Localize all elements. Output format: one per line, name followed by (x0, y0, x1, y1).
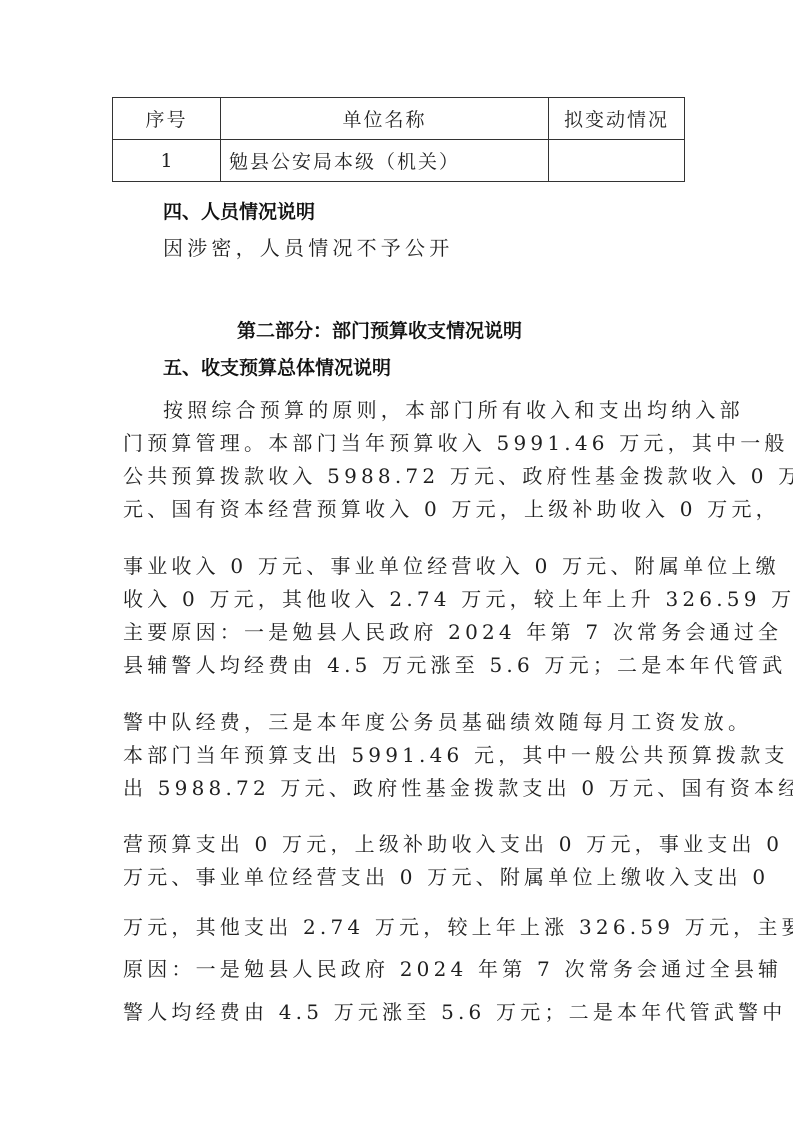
section4-heading: 四、人员情况说明 (163, 197, 315, 224)
paragraph-line: 事业收入 0 万元、事业单位经营收入 0 万元、附属单位上缴 (123, 550, 683, 579)
header-serial-no: 序号 (113, 98, 221, 140)
paragraph-line: 县辅警人均经费由 4.5 万元涨至 5.6 万元；二是本年代管武 (123, 649, 683, 678)
part2-title: 第二部分：部门预算收支情况说明 (237, 316, 522, 343)
paragraph-line: 营预算支出 0 万元，上级补助收入支出 0 万元，事业支出 0 (123, 828, 683, 857)
header-unit-name: 单位名称 (221, 98, 549, 140)
paragraph-line: 出 5988.72 万元、政府性基金拨款支出 0 万元、国有资本经 (123, 772, 683, 801)
paragraph-line: 元、国有资本经营预算收入 0 万元，上级补助收入 0 万元， (123, 493, 683, 522)
paragraph-line: 万元、事业单位经营支出 0 万元、附属单位上缴收入支出 0 (123, 861, 683, 890)
table-header-row: 序号 单位名称 拟变动情况 (113, 98, 685, 140)
header-planned-change: 拟变动情况 (549, 98, 685, 140)
unit-change-table: 序号 单位名称 拟变动情况 1 勉县公安局本级（机关） (112, 97, 685, 182)
paragraph-line: 按照综合预算的原则，本部门所有收入和支出均纳入部 (163, 394, 723, 423)
paragraph-line: 警中队经费，三是本年度公务员基础绩效随每月工资发放。 (123, 706, 683, 735)
section4-body: 因涉密，人员情况不予公开 (163, 232, 723, 261)
paragraph-line: 主要原因：一是勉县人民政府 2024 年第 7 次常务会通过全 (123, 616, 683, 645)
paragraph-line: 本部门当年预算支出 5991.46 元，其中一般公共预算拨款支 (123, 739, 683, 768)
document-page: 序号 单位名称 拟变动情况 1 勉县公安局本级（机关） 四、人员情况说明 因涉密… (0, 0, 793, 1122)
paragraph-line: 警人均经费由 4.5 万元涨至 5.6 万元；二是本年代管武警中 (123, 996, 683, 1025)
cell-unit-name: 勉县公安局本级（机关） (221, 140, 549, 182)
paragraph-line: 公共预算拨款收入 5988.72 万元、政府性基金拨款收入 0 万 (123, 460, 683, 489)
paragraph-line: 原因：一是勉县人民政府 2024 年第 7 次常务会通过全县辅 (123, 953, 683, 982)
cell-planned-change (549, 140, 685, 182)
paragraph-line: 收入 0 万元，其他收入 2.74 万元，较上年上升 326.59 万元， (123, 583, 683, 612)
table-row: 1 勉县公安局本级（机关） (113, 140, 685, 182)
cell-serial-no: 1 (113, 140, 221, 182)
paragraph-line: 门预算管理。本部门当年预算收入 5991.46 万元，其中一般 (123, 427, 683, 456)
paragraph-line: 万元，其他支出 2.74 万元，较上年上涨 326.59 万元，主要 (123, 911, 683, 940)
section5-heading: 五、收支预算总体情况说明 (163, 353, 391, 380)
